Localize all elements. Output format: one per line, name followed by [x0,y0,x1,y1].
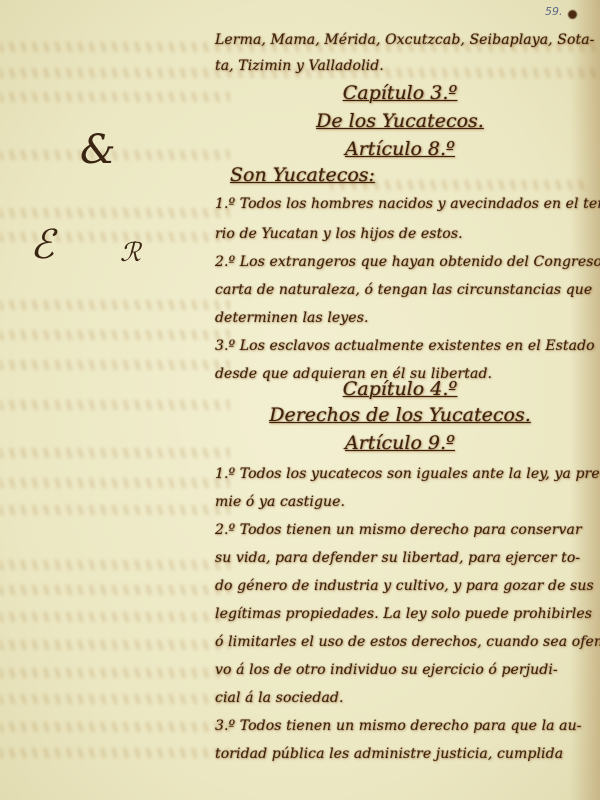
folio-number: 59. [545,5,563,18]
clause-line: 3.º Todos tienen un mismo derecho para q… [215,718,590,734]
article-8-heading: Artículo 8.º [200,138,600,160]
bleed-through-line [0,505,230,515]
clause-line: do género de industria y cultivo, y para… [215,578,590,594]
bleed-through-line [0,668,230,678]
chapter-3-subtitle: De los Yucatecos. [200,110,600,132]
clause-line: legítimas propiedades. La ley solo puede… [215,606,590,622]
margin-flourish-icon: ℛ [120,240,141,266]
clause-line: su vida, para defender su libertad, para… [215,550,590,566]
bleed-through-line [0,300,230,310]
article-8-intro: Son Yucatecos: [230,164,375,186]
chapter-4-subtitle: Derechos de los Yucatecos. [200,404,600,426]
margin-flourish-icon: ℰ [30,225,54,265]
clause-line: 2.º Todos tienen un mismo derecho para c… [215,522,590,538]
clause-line: carta de naturaleza, ó tengan las circun… [215,282,590,298]
bleed-through-line [0,585,230,595]
clause-line: 3.º Los esclavos actualmente existentes … [215,338,590,354]
bleed-through-line [0,360,230,370]
bleed-through-line [0,722,230,732]
margin-flourish-icon: & [80,130,116,170]
bleed-through-line [0,448,230,458]
article-9-heading: Artículo 9.º [200,432,600,454]
ink-stain [568,10,577,19]
clause-line: toridad pública les administre justicia,… [215,746,590,762]
bleed-through-line [0,400,230,410]
chapter-3-title: Capítulo 3.º [200,82,600,104]
bleed-through-line [0,748,230,758]
bleed-through-line [0,478,230,488]
clause-line: rio de Yucatan y los hijos de estos. [215,226,590,242]
bleed-through-line [0,92,230,102]
bleed-through-line [0,330,230,340]
clause-line: ó limitarles el uso de estos derechos, c… [215,634,590,650]
clause-line: determinen las leyes. [215,310,590,326]
clause-line: 1.º Todos los hombres nacidos y avecinda… [215,196,590,212]
clause-line: 1.º Todos los yucatecos son iguales ante… [215,466,590,482]
text-line: ta, Tizimin y Valladolid. [215,58,590,74]
clause-line: mie ó ya castigue. [215,494,590,510]
clause-line: 2.º Los extrangeros que hayan obtenido d… [215,254,590,270]
chapter-4-title: Capítulo 4.º [200,378,600,400]
clause-line: vo á los de otro individuo su ejercicio … [215,662,590,678]
bleed-through-line [0,560,230,570]
clause-line: cial á la sociedad. [215,690,590,706]
bleed-through-line [0,640,230,650]
manuscript-page: 59. & ℰ ℛ Lerma, Mama, Mérida, Oxcutzcab… [0,0,600,800]
text-line: Lerma, Mama, Mérida, Oxcutzcab, Seibapla… [215,32,590,48]
bleed-through-line [0,612,230,622]
bleed-through-line [0,208,230,218]
bleed-through-line [0,694,230,704]
